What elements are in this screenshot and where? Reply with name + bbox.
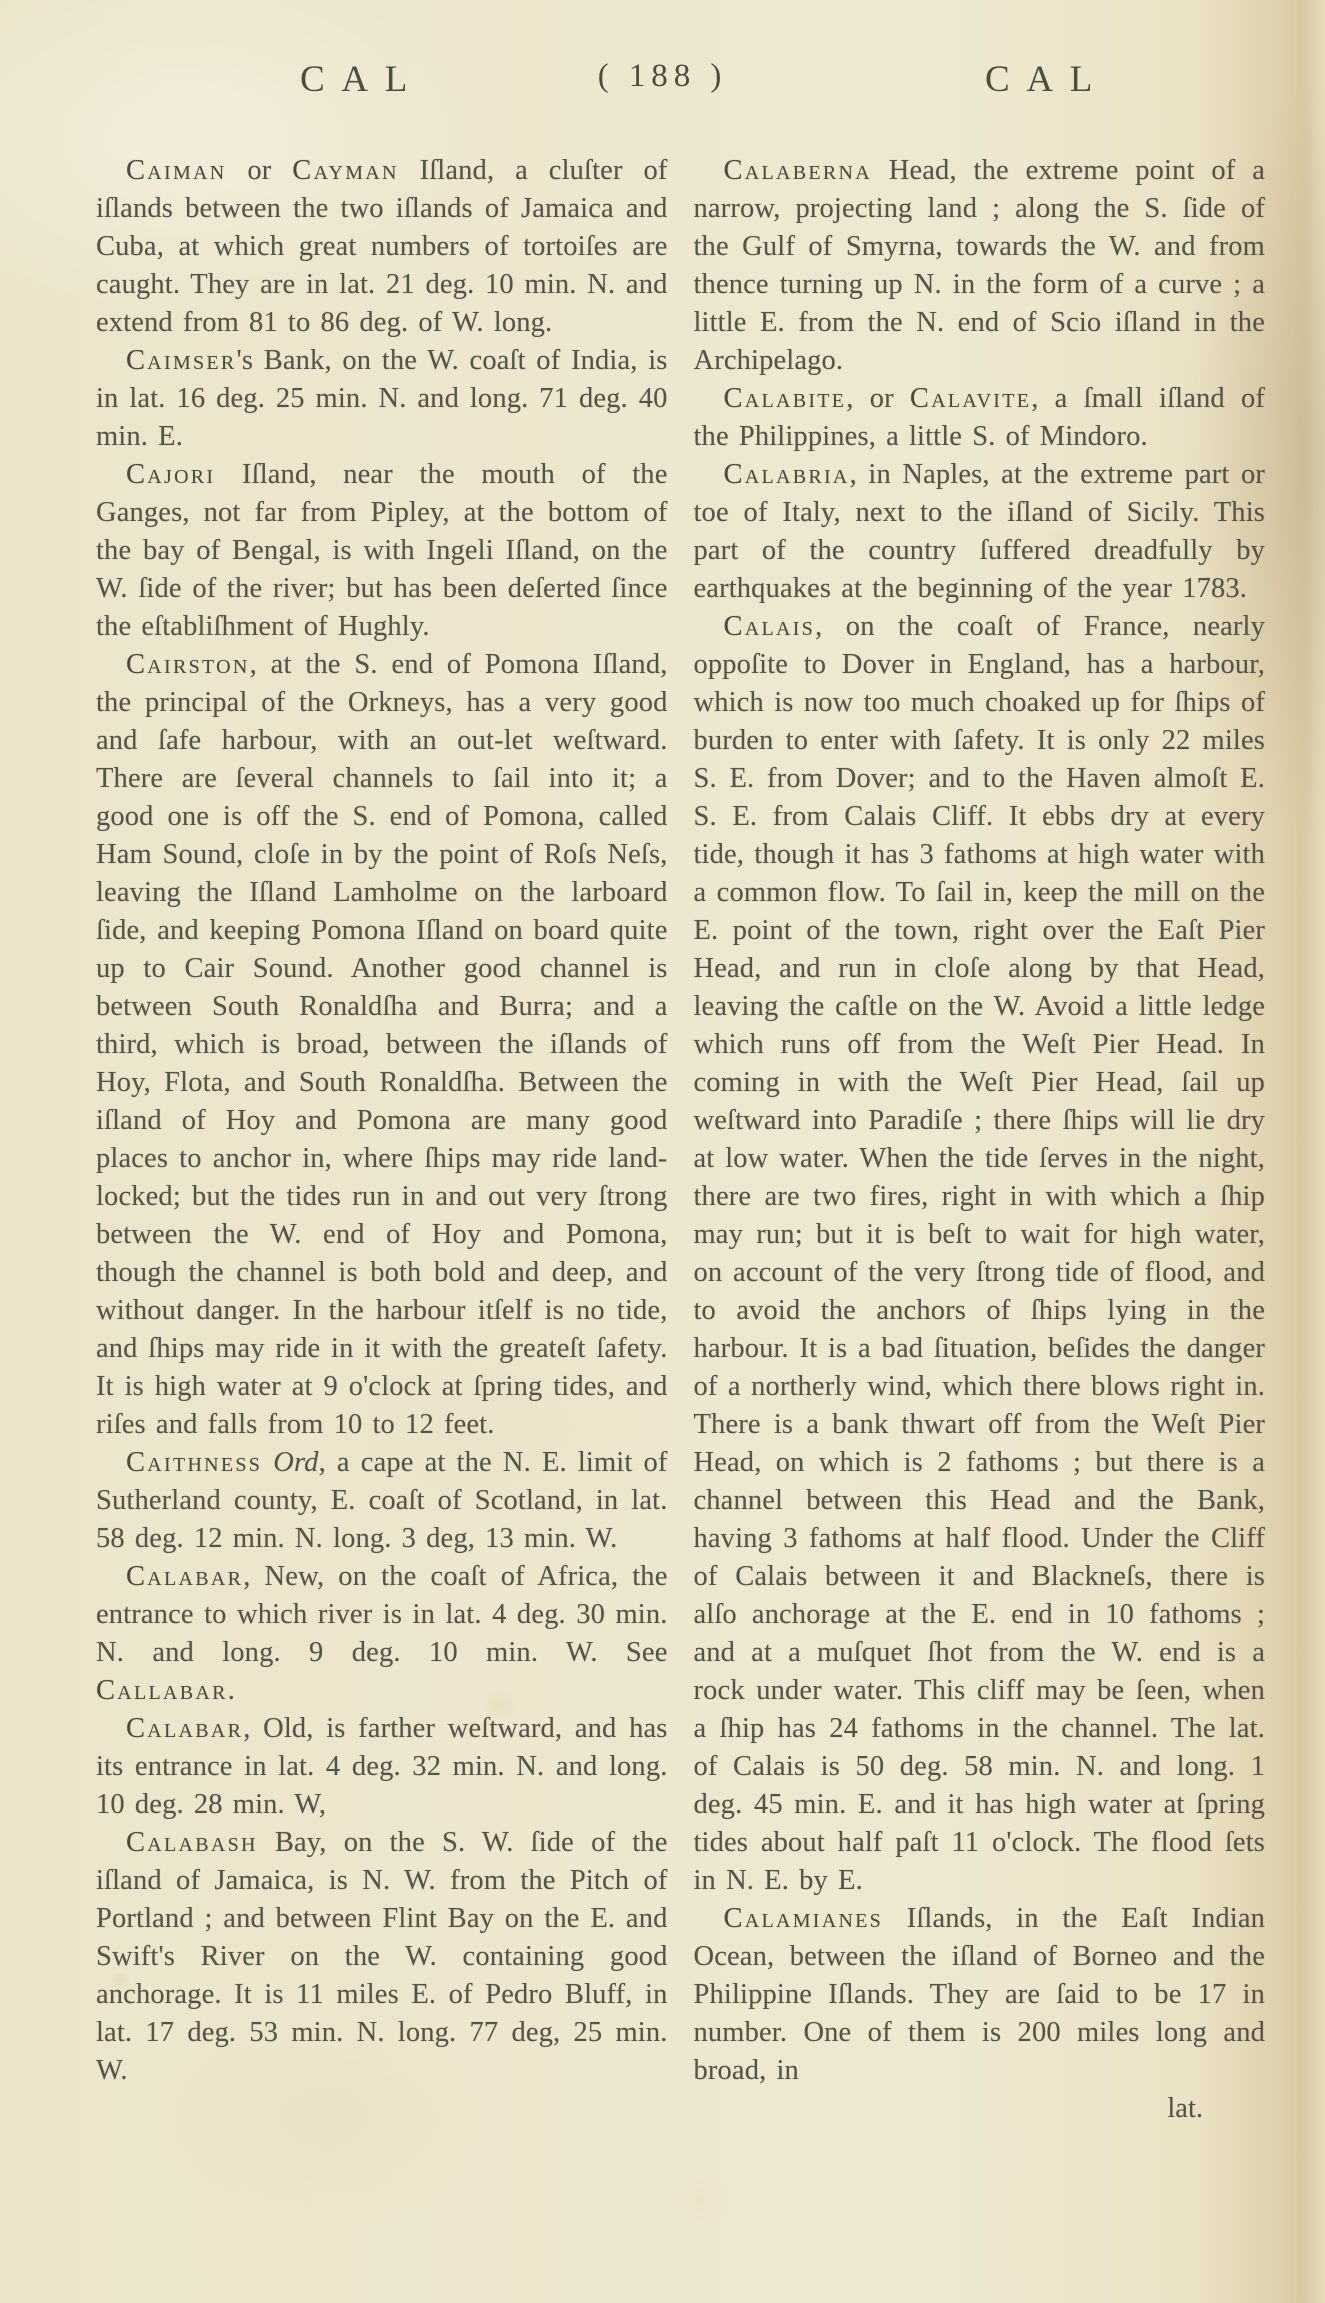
dictionary-entry: Calabar, Old, is farther weſtward, and h… — [96, 1710, 668, 1824]
dictionary-entry: Cairston, at the S. end of Pomona Iſland… — [96, 646, 668, 1444]
headword: Cairston — [126, 649, 250, 680]
entry-text: Bay, on the S. W. ſide of the iſland of … — [96, 1827, 668, 2086]
dictionary-entry: Caiman or Cayman Iſland, a cluſter of iſ… — [96, 152, 668, 342]
running-head-right: CAL — [985, 58, 1109, 101]
headword: Caiman — [126, 155, 226, 186]
headword: Calais — [724, 611, 816, 642]
headword: Caithness — [126, 1447, 262, 1478]
dictionary-entry: Calabria, in Naples, at the extreme part… — [694, 456, 1266, 608]
dictionary-entry: Calabar, New, on the coaſt of Africa, th… — [96, 1558, 668, 1710]
entry-text: , at the S. end of Pomona Iſland, the pr… — [96, 649, 668, 1440]
dictionary-entry: Caithness Ord, a cape at the N. E. limit… — [96, 1444, 668, 1558]
headword: Calabash — [126, 1827, 258, 1858]
dictionary-entry: Calamianes Iſlands, in the Eaſt Indian O… — [694, 1900, 1266, 2090]
headword: Calabar — [126, 1713, 243, 1744]
headword: Cayman — [292, 155, 398, 186]
book-page: CAL ( 188 ) CAL Caiman or Cayman Iſland,… — [0, 0, 1325, 2303]
italic-term: Ord — [273, 1447, 318, 1478]
headword: Calamianes — [724, 1903, 884, 1934]
entry-text: Head, the extreme point of a narrow, pro… — [694, 155, 1266, 376]
entry-text: or — [226, 155, 292, 186]
dictionary-entry: Cajori Iſland, near the mouth of the Gan… — [96, 456, 668, 646]
headword: Calabite — [724, 383, 847, 414]
catchword: lat. — [694, 2090, 1266, 2128]
dictionary-entry: Calabash Bay, on the S. W. ſide of the i… — [96, 1824, 668, 2090]
dictionary-entry: Caimser's Bank, on the W. coaſt of India… — [96, 342, 668, 456]
left-column-entries: Caiman or Cayman Iſland, a cluſter of iſ… — [96, 152, 668, 2090]
headword: Cajori — [126, 459, 215, 490]
headword: Calaberna — [724, 155, 872, 186]
running-head-left: CAL — [300, 58, 424, 101]
headword: Callabar — [96, 1675, 228, 1706]
headword: Calabar — [126, 1561, 243, 1592]
left-column: Caiman or Cayman Iſland, a cluſter of iſ… — [96, 152, 668, 2128]
right-column-entries: Calaberna Head, the extreme point of a n… — [694, 152, 1266, 2090]
entry-text: , on the coaſt of France, nearly oppoſit… — [694, 611, 1266, 1896]
right-column: Calaberna Head, the extreme point of a n… — [694, 152, 1266, 2128]
entry-text — [262, 1447, 273, 1478]
headword: Calabria — [724, 459, 850, 490]
dictionary-entry: Calabite, or Calavite, a ſmall iſland of… — [694, 380, 1266, 456]
headword: Caimser — [126, 345, 237, 376]
entry-text: , or — [846, 383, 910, 414]
running-head: CAL ( 188 ) CAL — [0, 58, 1325, 118]
dictionary-entry: Calais, on the coaſt of France, nearly o… — [694, 608, 1266, 1900]
entry-text: . — [228, 1675, 235, 1706]
dictionary-entry: Calaberna Head, the extreme point of a n… — [694, 152, 1266, 380]
page-number: ( 188 ) — [598, 58, 728, 95]
text-columns: Caiman or Cayman Iſland, a cluſter of iſ… — [96, 152, 1265, 2128]
headword: Calavite — [910, 383, 1031, 414]
